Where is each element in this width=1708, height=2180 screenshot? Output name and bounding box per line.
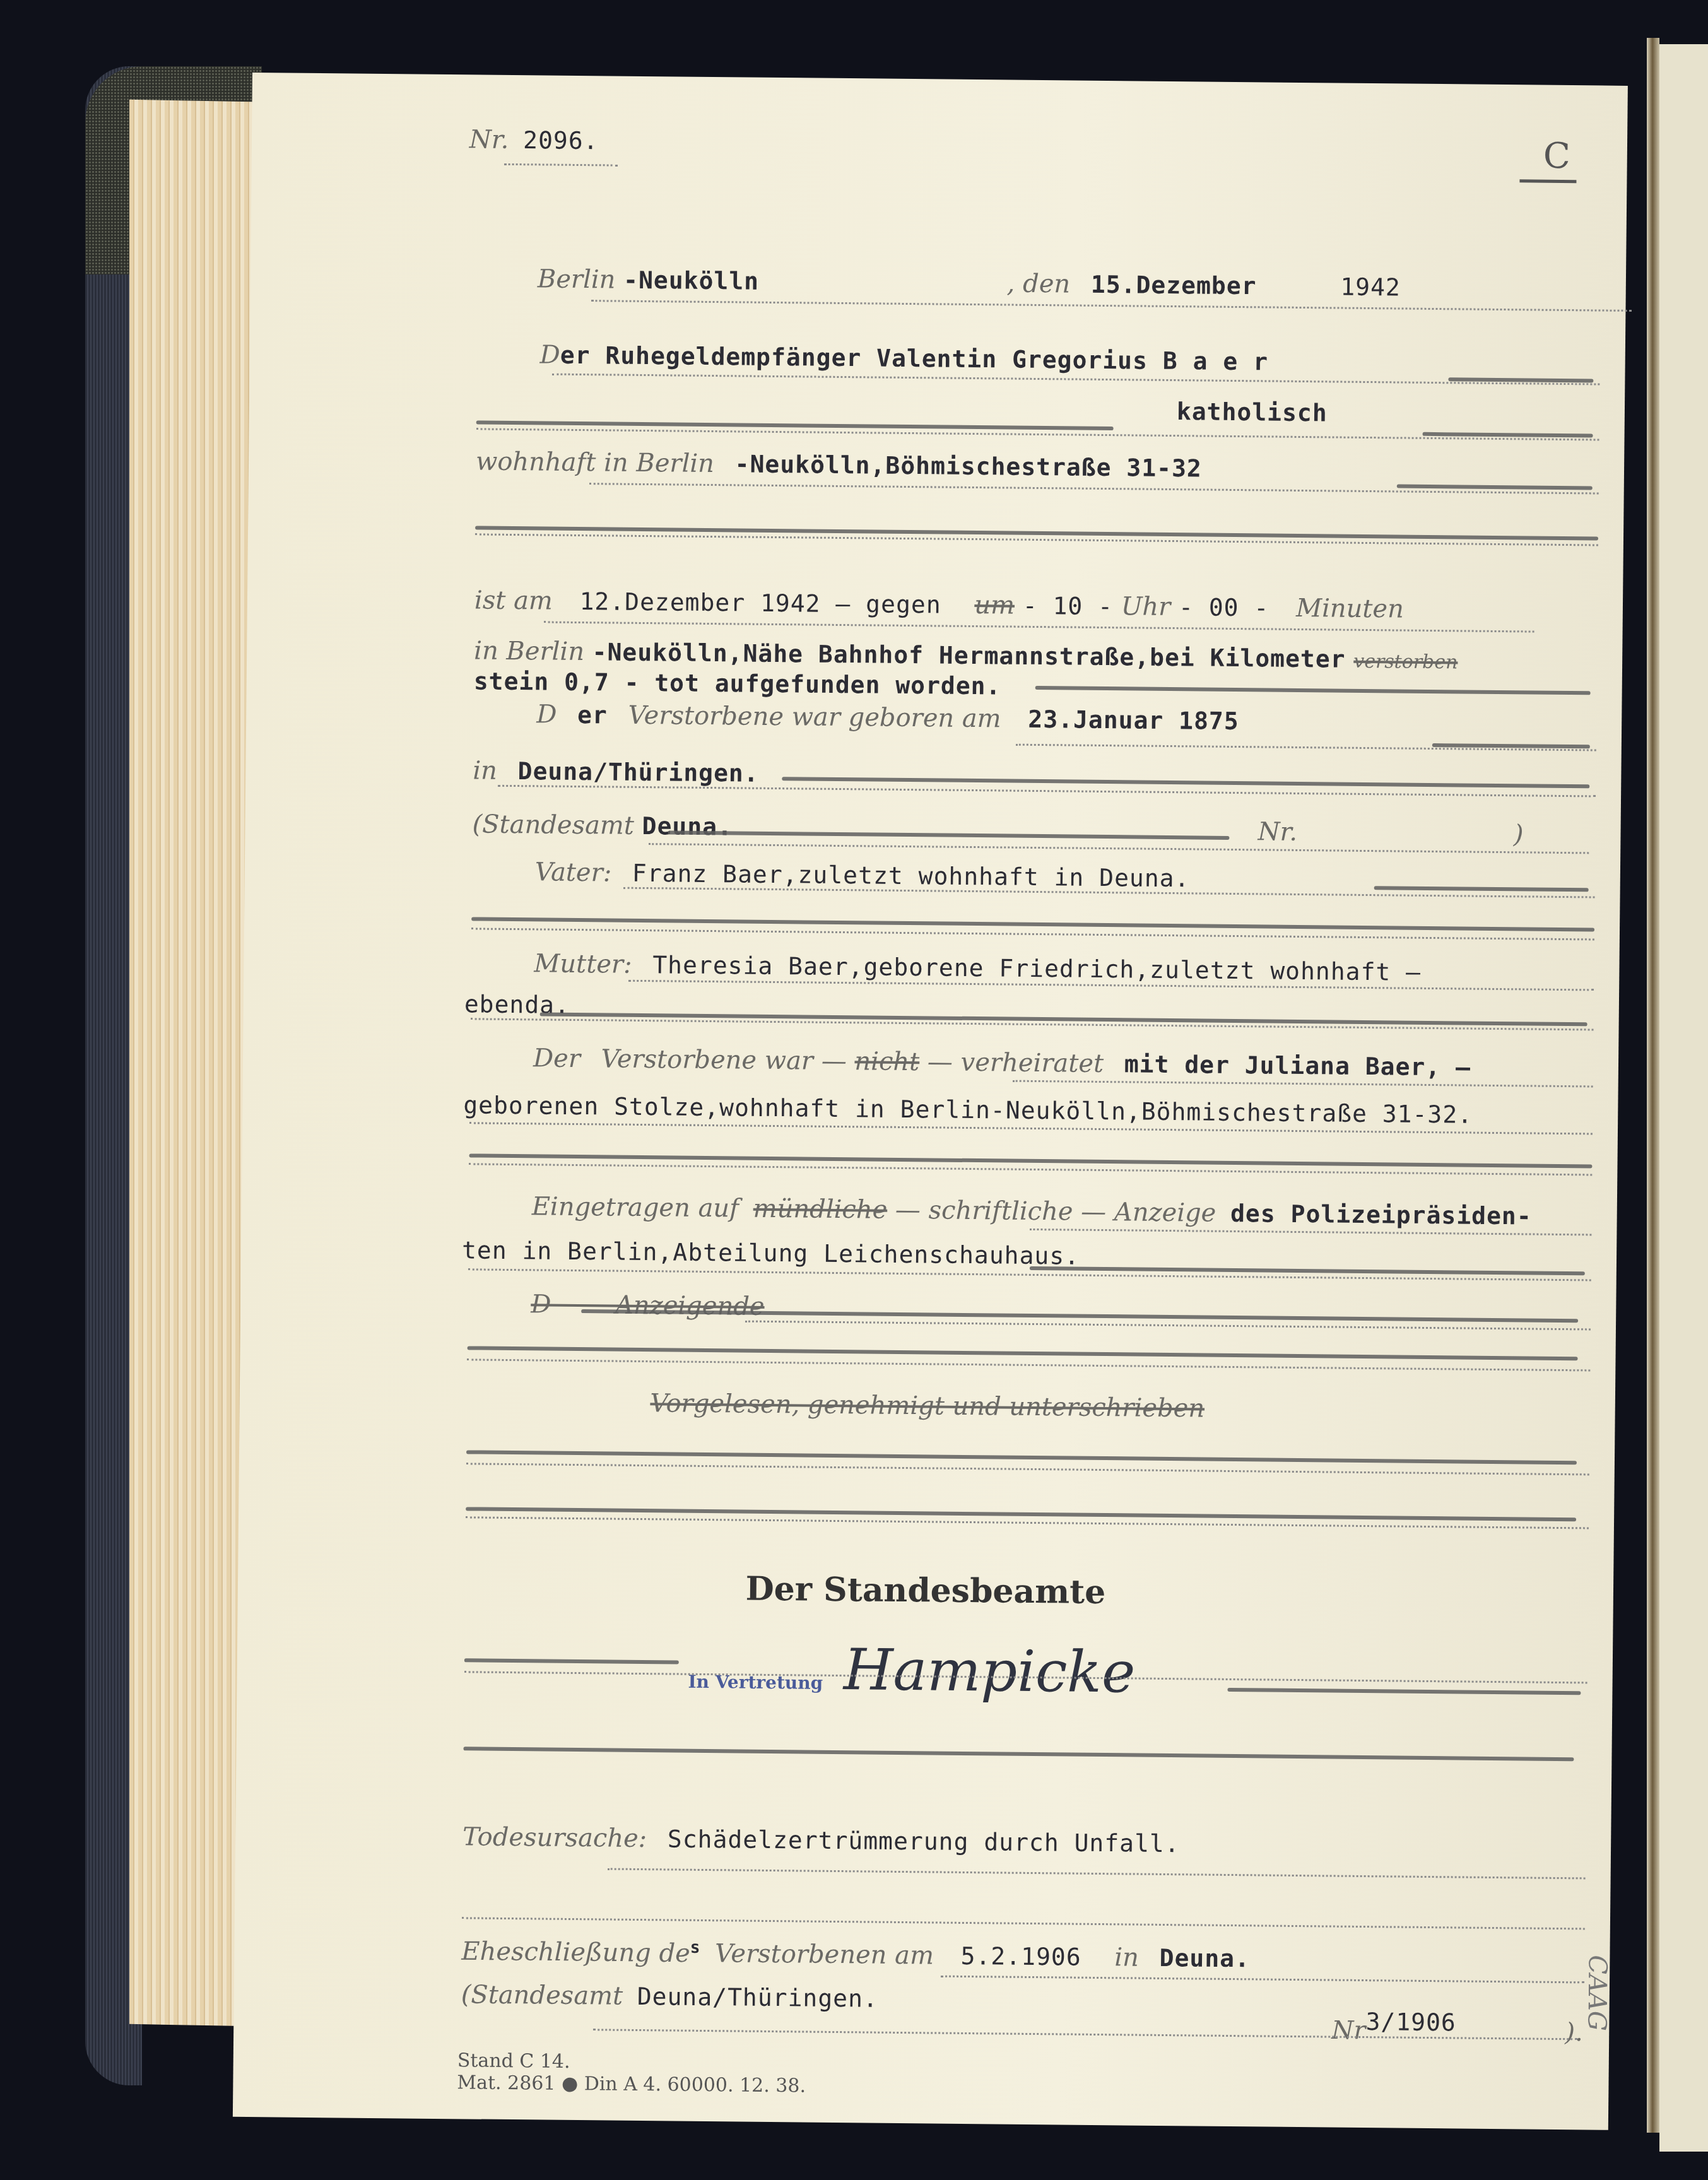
register-page: Nr. 2096. C Berlin -Neukölln , den 15.De… <box>233 73 1628 2130</box>
place-label: Berlin <box>538 264 616 294</box>
birth-registry-nr-label: Nr. <box>1257 817 1297 847</box>
struck-vorgelesen: Vorgelesen, genehmigt und unterschrieben <box>650 1389 1204 1423</box>
marriage-label: Eheschließung de <box>461 1937 690 1968</box>
register-letter: C <box>1543 136 1570 177</box>
cause-label: Todesursache: <box>462 1822 647 1853</box>
place-value: -Neukölln <box>623 266 759 295</box>
marital-label: Verstorbene war — <box>601 1044 847 1076</box>
death-date-value: 12.Dezember 1942 — gegen <box>579 587 941 618</box>
form-code-2: Mat. 2861 ● Din A 4. 60000. 12. 38. <box>457 2071 806 2097</box>
number-label: Nr. <box>469 125 509 155</box>
marriage-registry-nr-value: 3/1906 <box>1365 2008 1456 2036</box>
blank-dots <box>462 1917 1585 1930</box>
marriage-registry-nr-line: Nr3/1906 ). <box>1331 2008 1610 2048</box>
marriage-registry-close: ). <box>1565 2018 1583 2047</box>
struck-anzeigende: D Anzeigende <box>531 1290 765 1321</box>
death-datetime-line: ist am 12.Dezember 1942 — gegen um - 10 … <box>474 586 1623 625</box>
marital-label2: — verheiratet <box>928 1047 1104 1078</box>
cause-dots <box>608 1868 1586 1880</box>
death-hour-value: - 10 - <box>1023 592 1114 620</box>
blank-dots <box>467 1358 1590 1371</box>
mother-label: Mutter: <box>534 949 632 979</box>
deceased-intro-label: D <box>540 340 561 369</box>
informant-value: des Polizeipräsiden- <box>1230 1199 1532 1230</box>
marriage-registry-value: Deuna/Thüringen. <box>637 1983 878 2013</box>
facing-page <box>1659 44 1708 2152</box>
marriage-place-label: in <box>1114 1943 1139 1972</box>
fill-rule <box>463 1747 1574 1761</box>
birth-registry-close: ) <box>1514 820 1524 849</box>
death-minute-value: - 00 - <box>1179 593 1269 622</box>
marriage-line: Eheschließung des Verstorbenen am 5.2.19… <box>461 1936 1610 1977</box>
religion-line: katholisch <box>1177 397 1625 430</box>
death-place-value: -Neukölln,Nähe Bahnhof Hermannstraße,bei… <box>592 638 1346 673</box>
date-label: , den <box>1007 269 1071 298</box>
fill-rule <box>468 1346 1578 1360</box>
minute-label: Minuten <box>1296 594 1404 624</box>
entry-label2: — schriftliche — Anzeige <box>895 1196 1216 1228</box>
register-letter-underline <box>1519 179 1576 183</box>
margin-note: CAAG <box>1582 1955 1611 2031</box>
fill-rule <box>464 1658 679 1664</box>
birth-registry-value: Deuna. <box>642 812 733 840</box>
birth-label: Verstorbene war geboren am <box>628 701 1001 734</box>
marriage-label-s: s <box>690 1938 701 1957</box>
deceased-line: Der Ruhegeldempfänger Valentin Gregorius… <box>540 340 1625 380</box>
residence-line: wohnhaft in Berlin -Neukölln,Böhmischest… <box>476 447 1624 486</box>
signature-line: In Vertretung Hampicke <box>688 1635 1613 1711</box>
religion-value: katholisch <box>1177 398 1328 427</box>
death-place-cont-value: stein 0,7 - tot aufgefunden worden. <box>474 667 1001 700</box>
marriage-date-value: 5.2.1906 <box>960 1942 1081 1971</box>
registrar-signature: Hampicke <box>844 1637 1136 1706</box>
book-gutter <box>1647 38 1659 2133</box>
birth-place-label: in <box>473 756 497 785</box>
entry-label: Eingetragen auf <box>532 1192 739 1223</box>
death-date-label: ist am <box>474 586 553 615</box>
birth-registry-line: (Standesamt Deuna. Nr. ) <box>472 810 1620 849</box>
residence-value: -Neukölln,Böhmischestraße 31-32 <box>734 450 1202 482</box>
deceased-name: er Ruhegeldempfänger Valentin Gregorius … <box>560 341 1269 376</box>
form-code-1: Stand C 14. <box>457 2049 570 2073</box>
spouse-value: mit der Juliana Baer, — <box>1124 1050 1471 1081</box>
marital-line: Der Verstorbene war — nicht — verheirate… <box>533 1044 1618 1083</box>
birth-place-value: Deuna/Thüringen. <box>517 757 758 787</box>
number-dots <box>504 163 618 167</box>
struck-nicht: nicht <box>854 1047 919 1076</box>
read-signed-line: Vorgelesen, genehmigt und unterschrieben <box>240 1385 1615 1427</box>
entry-line: Eingetragen auf mündliche — schriftliche… <box>532 1192 1617 1232</box>
year-value: 1942 <box>1340 273 1401 302</box>
cause-line: Todesursache: Schädelzertrümmerung durch… <box>462 1822 1611 1862</box>
hour-label: Uhr <box>1121 592 1171 622</box>
cause-value: Schädelzertrümmerung durch Unfall. <box>668 1825 1180 1858</box>
marriage-label2: Verstorbenen am <box>715 1940 934 1971</box>
marriage-registry-label: (Standesamt <box>461 1980 623 2010</box>
residence-label: wohnhaft in Berlin <box>476 447 714 478</box>
birth-registry-label: (Standesamt <box>472 810 634 840</box>
struck-um: um <box>974 591 1015 620</box>
marital-label-der: Der <box>533 1044 580 1073</box>
birth-line: D er Verstorbene war geboren am 23.Janua… <box>536 700 1622 739</box>
struck-muendliche: mündliche <box>753 1194 887 1225</box>
birth-label-er: er <box>577 701 608 729</box>
marriage-registry-nr-label: Nr <box>1331 2016 1366 2046</box>
struck-verstorben: verstorben <box>1353 651 1458 674</box>
registrar-heading: Der Standesbeamte <box>238 1565 1613 1617</box>
fill-rule <box>466 1450 1577 1464</box>
fill-rule <box>1423 432 1593 438</box>
blank-dots <box>466 1463 1589 1475</box>
birth-date-value: 23.Januar 1875 <box>1028 705 1239 735</box>
mother-line: Mutter: Theresia Baer,geborene Friedrich… <box>534 949 1619 989</box>
number-value: 2096. <box>523 126 599 155</box>
marriage-place-value: Deuna. <box>1159 1944 1250 1972</box>
marriage-dots <box>941 1976 1584 1984</box>
informant-cont-value: ten in Berlin,Abteilung Leichenschauhaus… <box>462 1236 1080 1270</box>
father-label: Vater: <box>535 857 612 887</box>
death-place-label: in Berlin <box>474 636 584 666</box>
place-date-line: Berlin -Neukölln , den 15.Dezember 1942 <box>538 264 1626 304</box>
date-value: 15.Dezember <box>1091 271 1257 300</box>
birth-label-d: D <box>536 700 557 729</box>
entry-number: Nr. 2096. <box>469 125 1627 165</box>
